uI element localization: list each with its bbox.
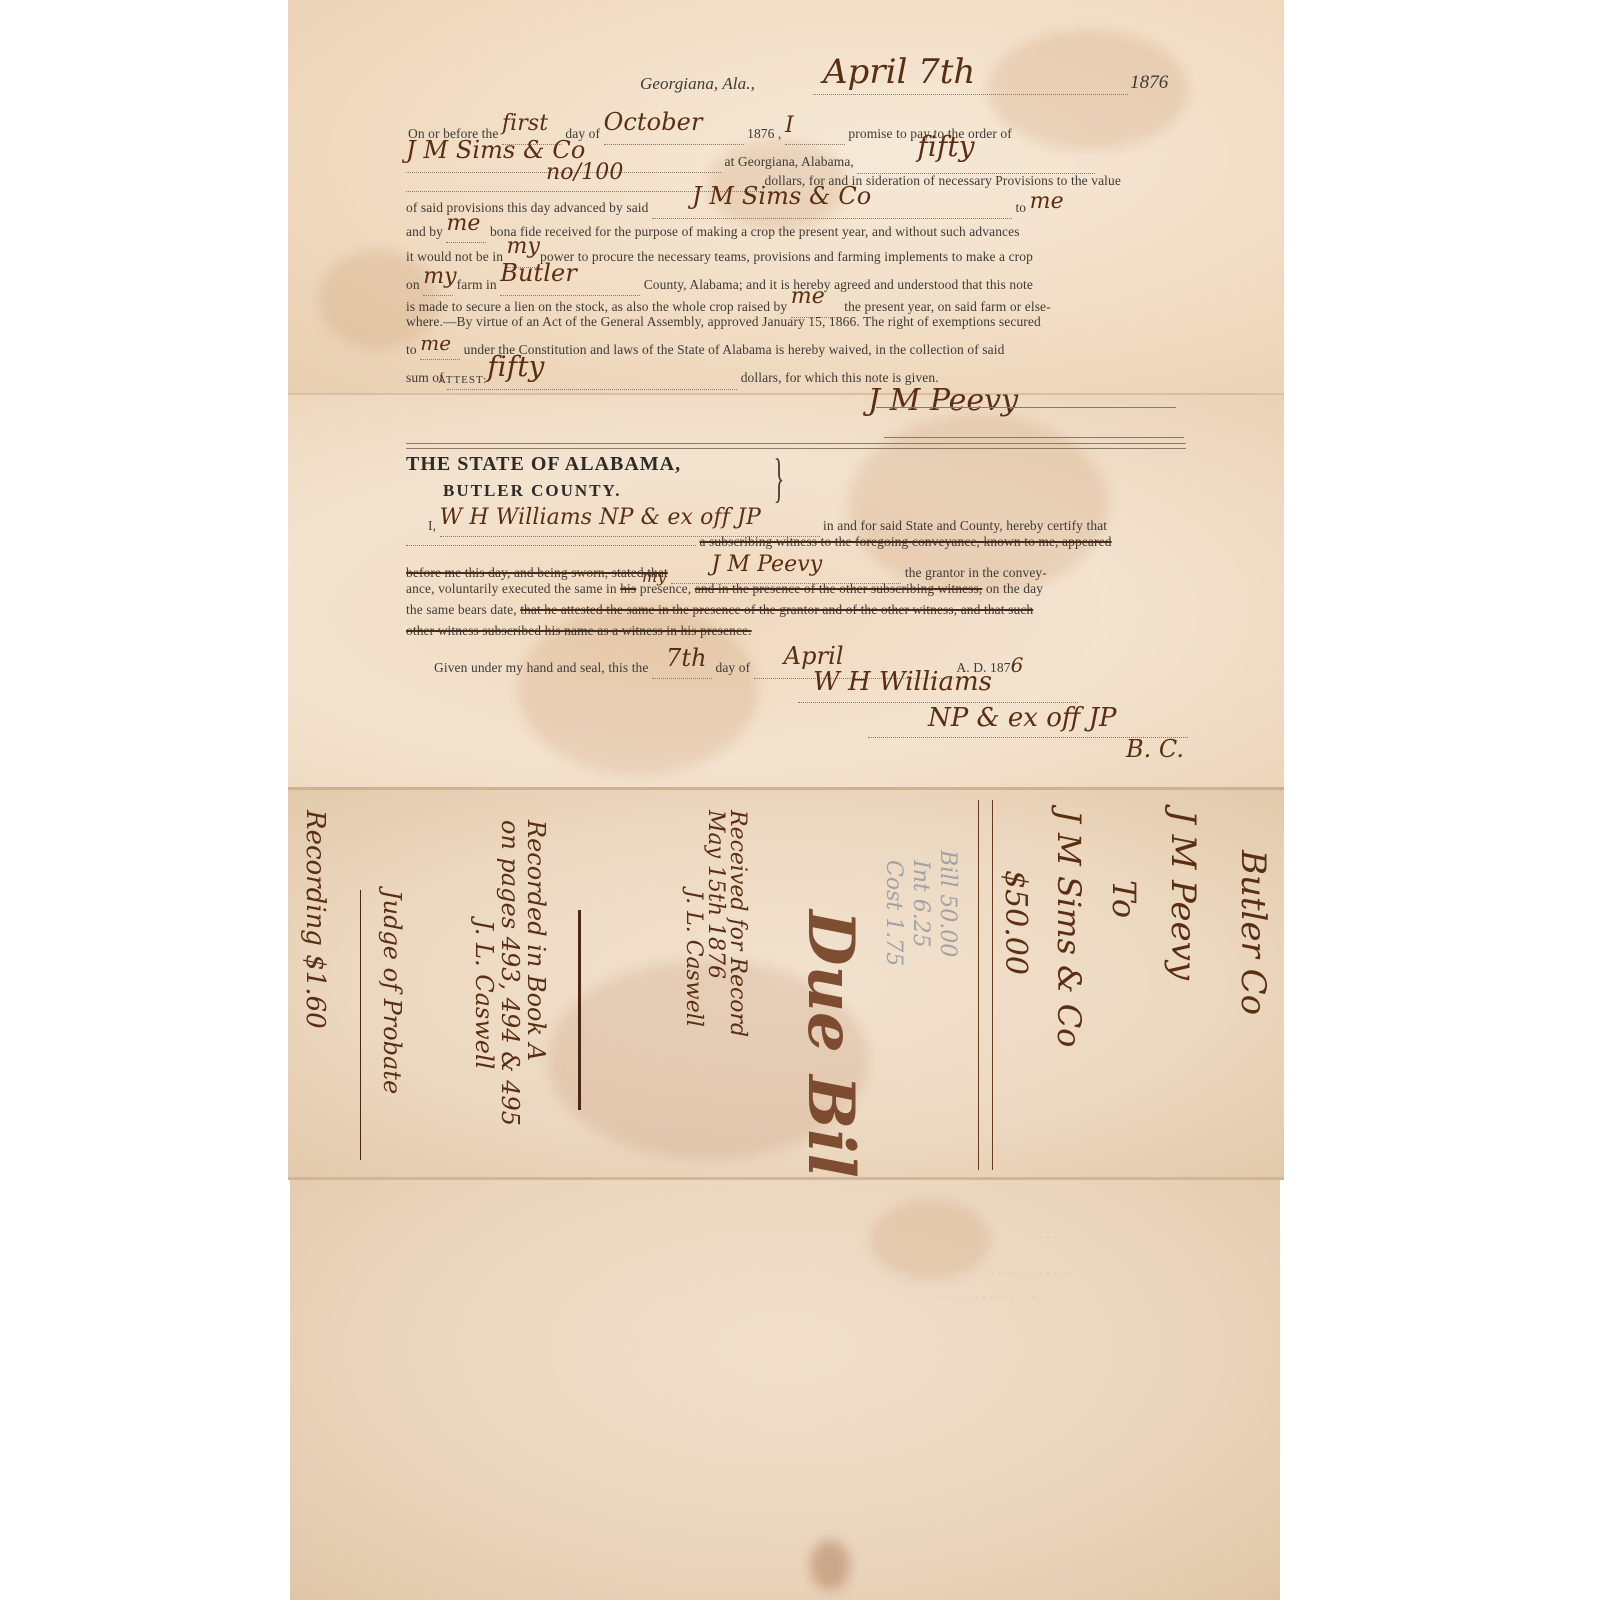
- filed-date: May 15th 1876: [703, 810, 728, 979]
- docket-to: To: [1105, 880, 1143, 918]
- recording-fee: Recording $1.60: [300, 810, 330, 1029]
- document-sheet: Georgiana, Ala., April 7th 1876 On or be…: [288, 0, 1284, 1600]
- county-heading: BUTLER COUNTY.: [443, 481, 622, 501]
- bleed-through-text: · · · · · · · · · · · ·: [990, 1266, 1071, 1281]
- note-line-9: where.—By virtue of an Act of the Genera…: [406, 314, 1041, 330]
- cert-line-4: ance, voluntarily executed the same in h…: [406, 581, 1043, 597]
- note-year: 1876: [1130, 72, 1168, 94]
- docket-county: Butler Co: [1233, 850, 1273, 1015]
- note-line-5: and by me bona fide received for the pur…: [406, 217, 1020, 243]
- docket-amount: $50.00: [998, 870, 1033, 975]
- pencil-bill: Bill 50.00: [935, 850, 960, 957]
- recorded-clerk: J. L. Caswell: [470, 920, 498, 1069]
- bleed-through-text: · · · · · · · · ·: [1025, 1230, 1085, 1245]
- pencil-interest: Int 6.25: [908, 860, 933, 948]
- certifier-title: NP & ex off JP: [928, 703, 1117, 733]
- filed-clerk: J. L. Caswell: [681, 890, 706, 1027]
- certificate-panel: J M Peevy THE STATE OF ALABAMA, BUTLER C…: [288, 395, 1284, 790]
- recorded-book: Recorded in Book A: [522, 820, 550, 1061]
- cert-line-6: other witness subscribed his name as a w…: [406, 623, 752, 639]
- cert-line-5: the same bears date, that he attested th…: [406, 602, 1033, 618]
- docket-panel: Butler Co J M Peevy To J M Sims & Co $50…: [288, 790, 1284, 1180]
- certifier-signature: W H Williams: [813, 667, 992, 697]
- state-heading: THE STATE OF ALABAMA,: [406, 453, 681, 476]
- promissory-note-panel: Georgiana, Ala., April 7th 1876 On or be…: [288, 0, 1284, 395]
- cert-line-2: a subscribing witness to the foregoing c…: [406, 534, 1112, 550]
- bleed-through-text: · · · · · · · · · · · · · ·: [940, 1290, 1035, 1305]
- maker-signature: J M Peevy: [868, 383, 1018, 418]
- attest-label: ATTEST:: [438, 374, 487, 386]
- blank-back-panel: · · · · · · · · · · · · · · · · · · · · …: [290, 1180, 1280, 1600]
- place-label: Georgiana, Ala.,: [640, 74, 755, 94]
- recorded-pages: on pages 493, 494 & 495: [496, 820, 524, 1126]
- docket-maker: J M Peevy: [1163, 810, 1203, 980]
- recorded-title: Judge of Probate: [378, 890, 406, 1094]
- docket-payee: J M Sims & Co: [1050, 810, 1088, 1047]
- note-line-4: of said provisions this day advanced by …: [406, 190, 1064, 219]
- note-date: April 7th: [823, 52, 975, 92]
- filed-received: Received for Record: [725, 810, 750, 1037]
- brace: }: [774, 451, 784, 505]
- pencil-cost: Cost 1.75: [881, 860, 906, 966]
- county-initials: B. C.: [1126, 735, 1184, 763]
